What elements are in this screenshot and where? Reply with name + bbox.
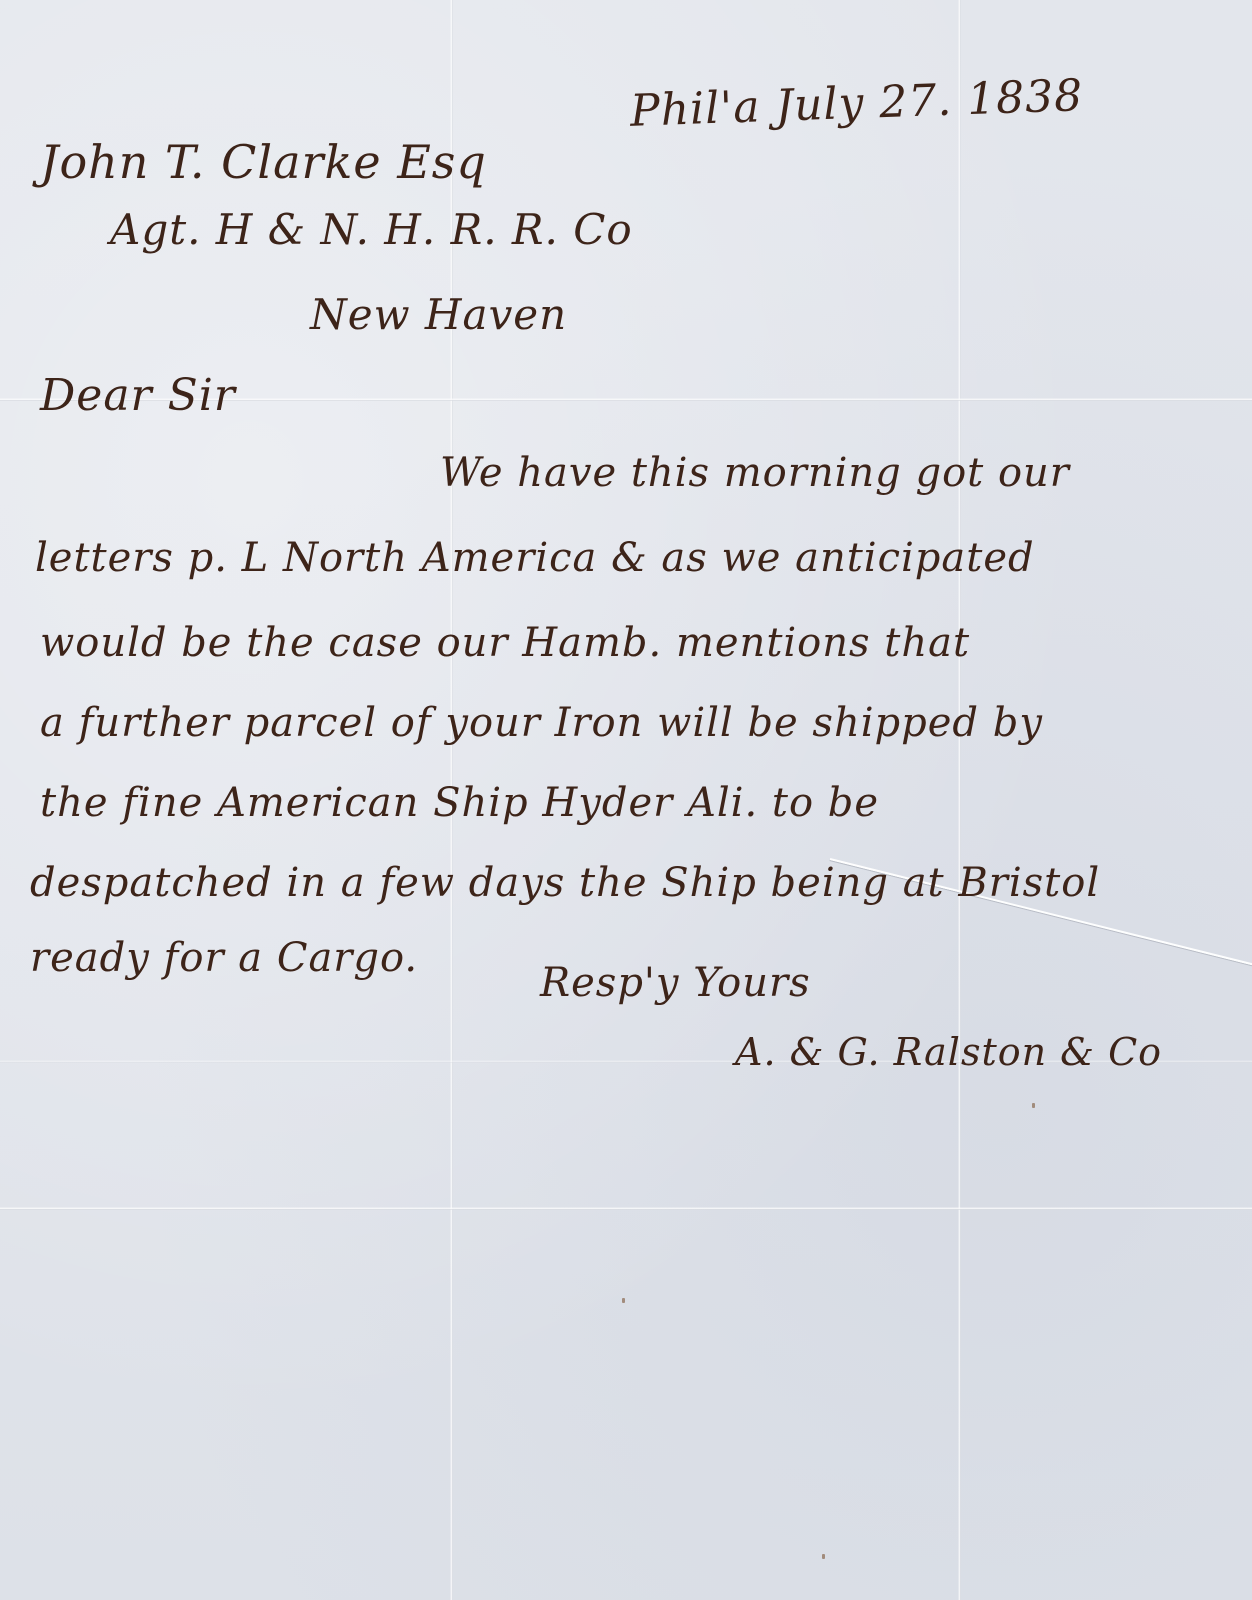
- horizontal-fold-crease: [0, 1207, 1252, 1210]
- recipient-name: John T. Clarke Esq: [40, 135, 487, 189]
- salutation: Dear Sir: [40, 370, 236, 421]
- body-line: letters p. L North America & as we antic…: [35, 535, 1035, 581]
- letter-dateline: Phil'a July 27. 1838: [629, 70, 1084, 137]
- recipient-city: New Haven: [310, 290, 567, 339]
- recipient-company: Agt. H & N. H. R. R. Co: [110, 205, 633, 254]
- ink-speck: [622, 1298, 625, 1303]
- vertical-fold-crease: [958, 0, 961, 1600]
- body-line: a further parcel of your Iron will be sh…: [40, 700, 1043, 746]
- signature: A. & G. Ralston & Co: [735, 1030, 1162, 1074]
- letter-page: Phil'a July 27. 1838 John T. Clarke Esq …: [0, 0, 1252, 1600]
- closing: Resp'y Yours: [540, 960, 811, 1006]
- ink-speck: [822, 1554, 825, 1559]
- body-line: despatched in a few days the Ship being …: [30, 860, 1100, 906]
- body-line: would be the case our Hamb. mentions tha…: [40, 620, 970, 666]
- body-line: We have this morning got our: [440, 450, 1070, 496]
- body-line: ready for a Cargo.: [30, 935, 418, 981]
- ink-speck: [1032, 1103, 1035, 1108]
- body-line: the fine American Ship Hyder Ali. to be: [40, 780, 879, 826]
